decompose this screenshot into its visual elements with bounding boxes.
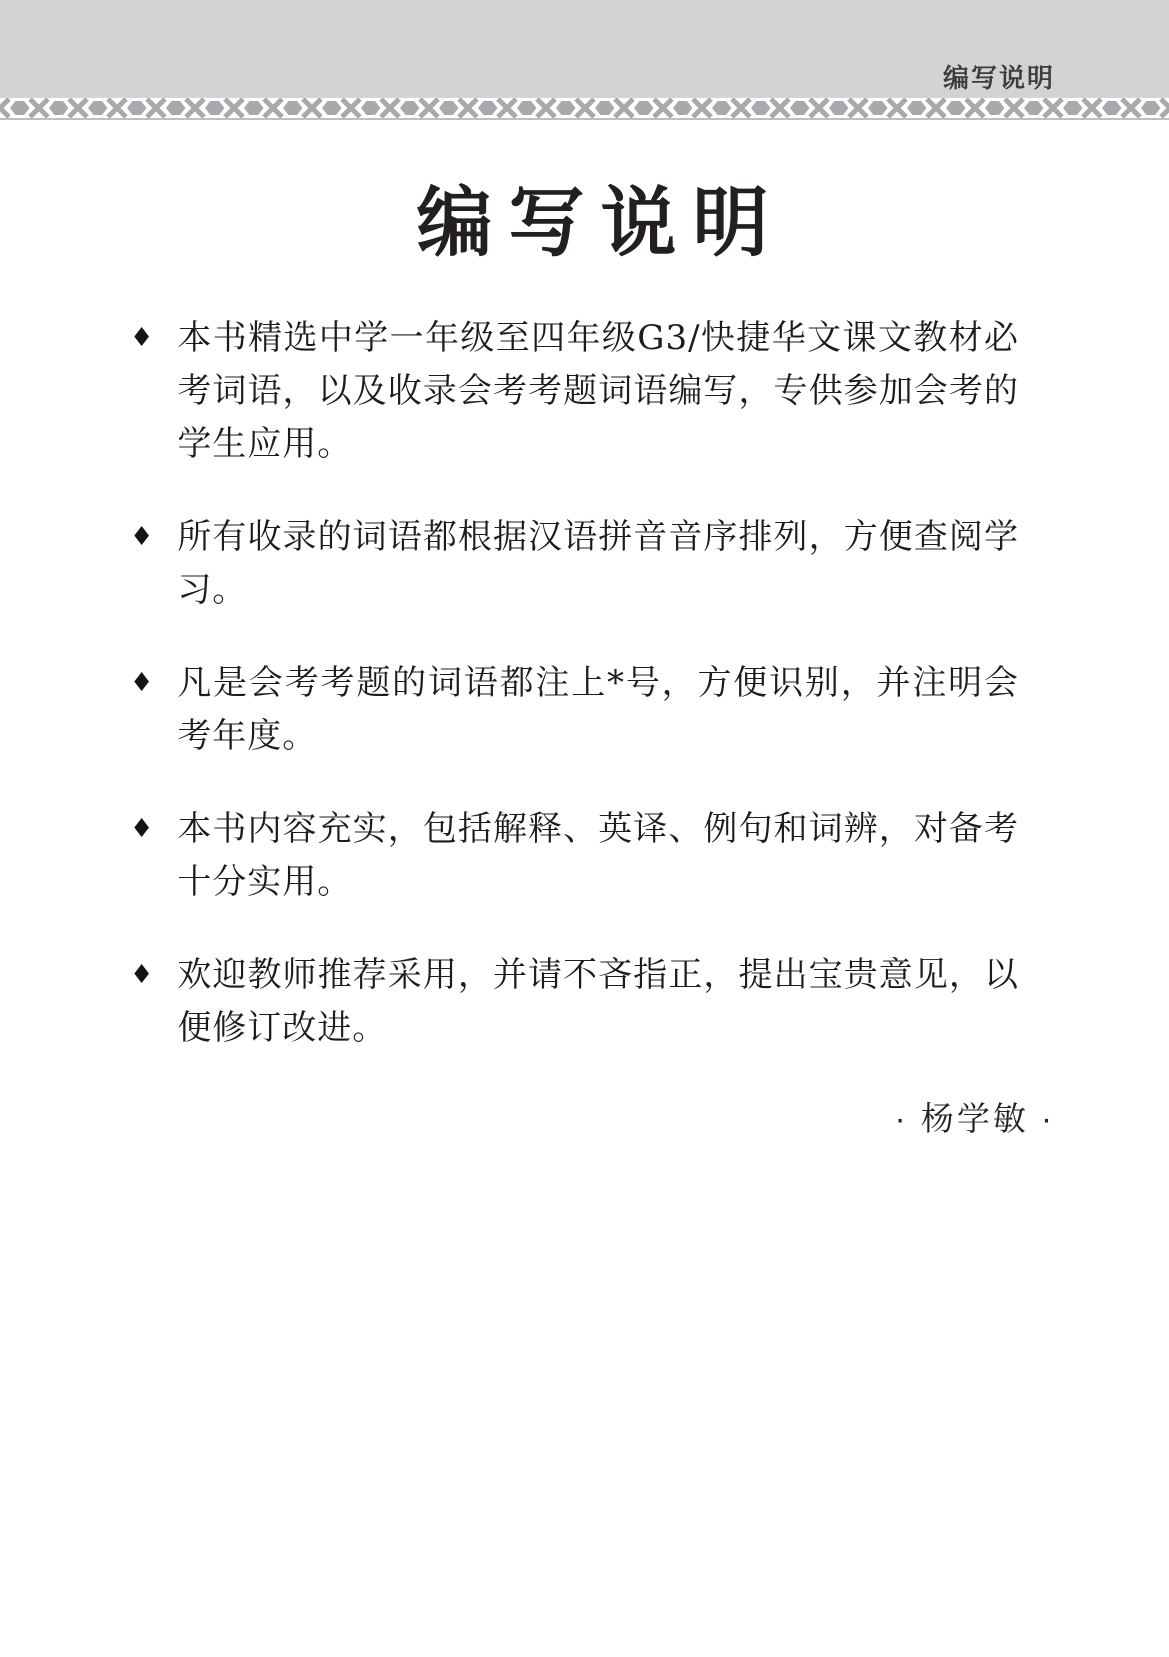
note-text: 欢迎教师推荐采用，并请不吝指正，提出宝贵意见，以便修订改进。	[177, 949, 1019, 1055]
note-text: 本书精选中学一年级至四年级G3/快捷华文课文教材必考词语，以及收录会考考题词语编…	[177, 312, 1019, 471]
book-page: 编写说明 编写说明 ♦ 本书精选中学一年级至四年级G3/快捷华文课文教材必考词语…	[0, 0, 1169, 1657]
diamond-bullet-icon: ♦	[130, 657, 153, 710]
diamond-bullet-icon: ♦	[130, 949, 153, 1002]
note-item: ♦ 凡是会考考题的词语都注上*号，方便识别，并注明会考年度。	[130, 657, 1055, 763]
note-item: ♦ 欢迎教师推荐采用，并请不吝指正，提出宝贵意见，以便修订改进。	[130, 949, 1055, 1055]
author-signature: · 杨学敏 ·	[130, 1099, 1055, 1139]
note-item: ♦ 本书内容充实，包括解释、英译、例句和词辨，对备考十分实用。	[130, 803, 1055, 909]
page-header-band: 编写说明	[0, 0, 1169, 98]
diamond-bullet-icon: ♦	[130, 511, 153, 564]
diamond-bullet-icon: ♦	[130, 803, 153, 856]
note-text: 凡是会考考题的词语都注上*号，方便识别，并注明会考年度。	[177, 657, 1019, 763]
diamond-bullet-icon: ♦	[130, 312, 153, 365]
running-header-title: 编写说明	[943, 65, 1055, 91]
decorative-border	[0, 98, 1169, 120]
note-text: 所有收录的词语都根据汉语拼音音序排列，方便查阅学习。	[177, 511, 1019, 617]
page-title: 编写说明	[130, 184, 1055, 264]
note-item: ♦ 所有收录的词语都根据汉语拼音音序排列，方便查阅学习。	[130, 511, 1055, 617]
note-item: ♦ 本书精选中学一年级至四年级G3/快捷华文课文教材必考词语，以及收录会考考题词…	[130, 312, 1055, 471]
notes-list: ♦ 本书精选中学一年级至四年级G3/快捷华文课文教材必考词语，以及收录会考考题词…	[130, 312, 1055, 1055]
page-content: 编写说明 ♦ 本书精选中学一年级至四年级G3/快捷华文课文教材必考词语，以及收录…	[0, 184, 1169, 1138]
note-text: 本书内容充实，包括解释、英译、例句和词辨，对备考十分实用。	[177, 803, 1019, 909]
chain-pattern-icon	[0, 98, 1169, 120]
